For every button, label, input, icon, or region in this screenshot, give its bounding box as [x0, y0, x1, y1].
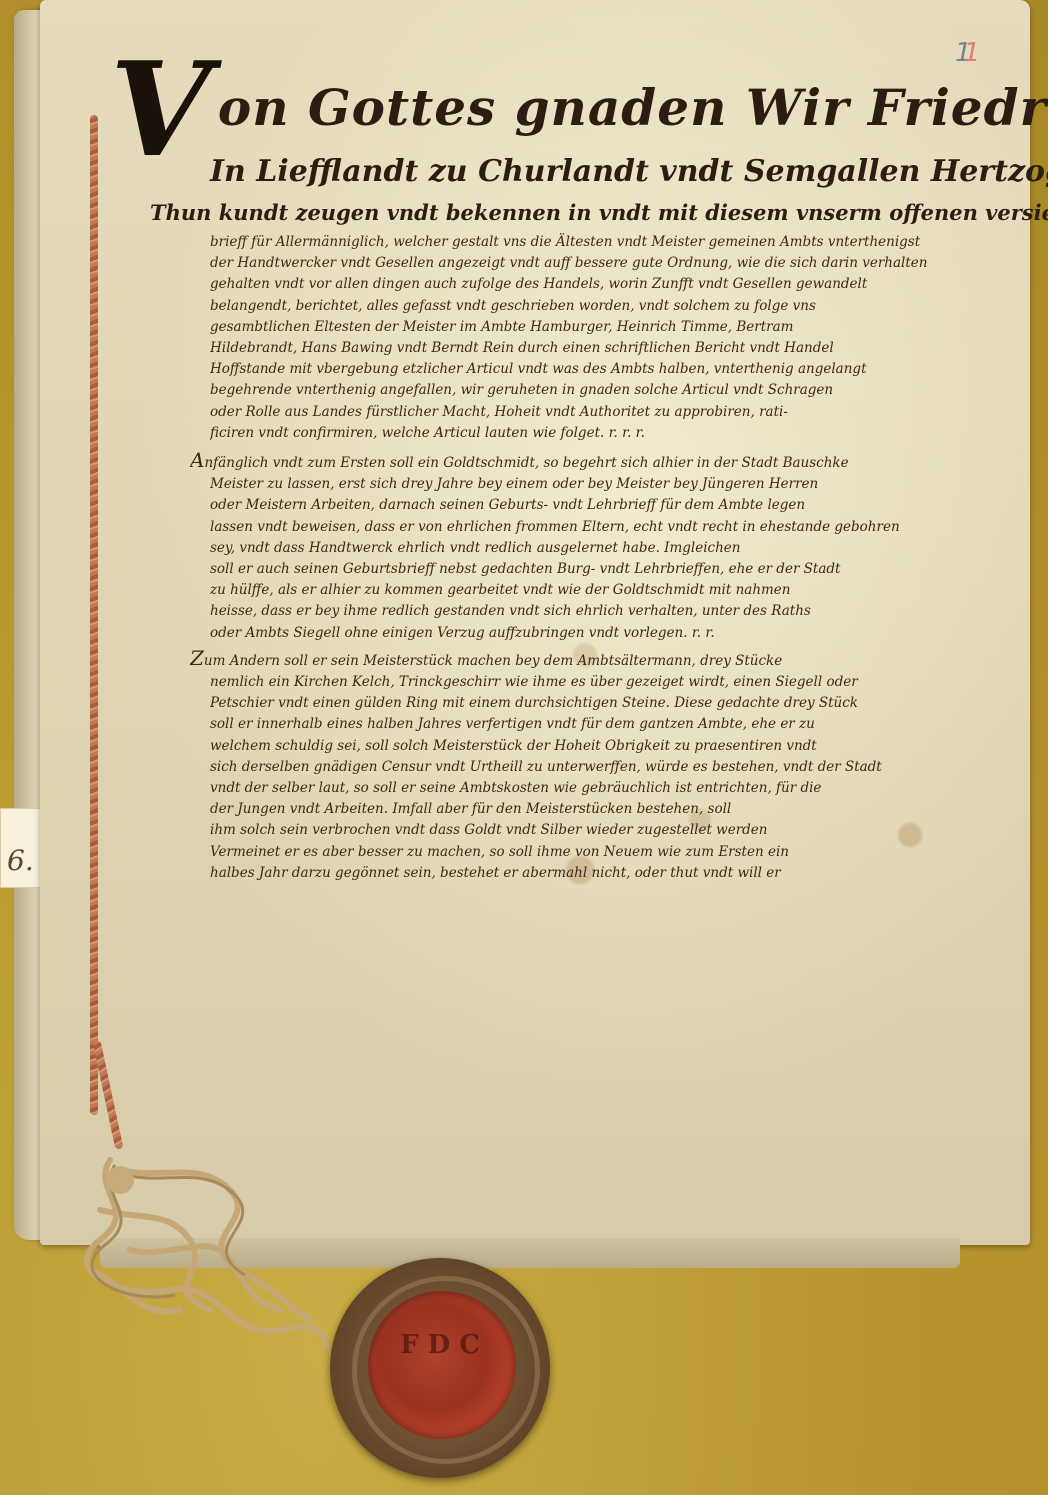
side-label: 6.	[0, 808, 44, 888]
heading-line-3: Thun kundt zeugen vndt bekennen in vndt …	[150, 198, 1010, 228]
body-line: sey, vndt dass Handtwerck ehrlich vndt r…	[210, 538, 1020, 559]
side-label-text: 6.	[7, 844, 34, 877]
body-line: der Handtwercker vndt Gesellen angezeigt…	[210, 253, 1020, 274]
tassel-icon	[80, 1150, 330, 1360]
body-line: belangendt, berichtet, alles gefasst vnd…	[210, 296, 1020, 317]
body-line: der Jungen vndt Arbeiten. Imfall aber fü…	[210, 799, 1020, 820]
body-line: gehalten vndt vor allen dingen auch zufo…	[210, 274, 1020, 295]
body-line: brieff für Allermänniglich, welcher gest…	[210, 232, 1020, 253]
body-line: oder Ambts Siegell ohne einigen Verzug a…	[210, 623, 1020, 644]
body-line: gesambtlichen Eltesten der Meister im Am…	[210, 317, 1020, 338]
body-line: Petschier vndt einen gülden Ring mit ein…	[210, 693, 1020, 714]
body-line: ficiren vndt confirmiren, welche Articul…	[210, 423, 1020, 444]
red-wax-disc	[368, 1291, 516, 1439]
wax-seal: F D C	[330, 1258, 550, 1478]
article-1: Anfänglich vndt zum Ersten soll ein Gold…	[110, 450, 1010, 644]
red-numeral: 1	[964, 38, 981, 68]
decorated-initial: V	[110, 70, 212, 150]
body-line: sich derselben gnädigen Censur vndt Urth…	[210, 757, 1020, 778]
body-line: oder Meistern Arbeiten, darnach seinen G…	[210, 495, 1020, 516]
body-line: welchem schuldig sei, soll solch Meister…	[210, 736, 1020, 757]
body-line: Meister zu lassen, erst sich drey Jahre …	[210, 474, 1020, 495]
body-line: soll er auch seinen Geburtsbrieff nebst …	[210, 559, 1020, 580]
body-line: lassen vndt beweisen, dass er von ehrlic…	[210, 517, 1020, 538]
body-line: oder Rolle aus Landes fürstlicher Macht,…	[210, 402, 1020, 423]
body-line: heisse, dass er bey ihme redlich gestand…	[210, 601, 1020, 622]
body-line: vndt der selber laut, so soll er seine A…	[210, 778, 1020, 799]
body-line: begehrende vnterthenig angefallen, wir g…	[210, 380, 1020, 401]
body-line: halbes Jahr darzu gegönnet sein, bestehe…	[210, 863, 1020, 884]
silk-cord	[90, 115, 98, 1115]
heading-text-1: on Gottes gnaden Wir Friedrich	[218, 78, 1048, 137]
body-line: Hoffstande mit vbergebung etzlicher Arti…	[210, 359, 1020, 380]
body-line: ihm solch sein verbrochen vndt dass Gold…	[210, 820, 1020, 841]
body-line: zu hülffe, als er alhier zu kommen gearb…	[210, 580, 1020, 601]
folio-number: 11	[955, 38, 980, 68]
body-line: soll er innerhalb eines halben Jahres ve…	[210, 714, 1020, 735]
body-line: nemlich ein Kirchen Kelch, Trinckgeschir…	[210, 672, 1020, 693]
body-line: Hildebrandt, Hans Bawing vndt Berndt Rei…	[210, 338, 1020, 359]
heading-line-2: In Liefflandt zu Churlandt vndt Semgalle…	[210, 150, 1010, 194]
preamble: brieff für Allermänniglich, welcher gest…	[110, 232, 1010, 444]
body-line: Vermeinet er es aber besser zu machen, s…	[210, 842, 1020, 863]
charter-text: Von Gottes gnaden Wir Friedrich In Lieff…	[110, 70, 1010, 884]
article-2: Zum Andern soll er sein Meisterstück mac…	[110, 648, 1010, 884]
body-line: Anfänglich vndt zum Ersten soll ein Gold…	[190, 450, 1020, 474]
heading-line-1: Von Gottes gnaden Wir Friedrich	[190, 70, 1010, 150]
seal-emblem-icon: F D C	[330, 1330, 550, 1360]
body-line: Zum Andern soll er sein Meisterstück mac…	[190, 648, 1020, 672]
